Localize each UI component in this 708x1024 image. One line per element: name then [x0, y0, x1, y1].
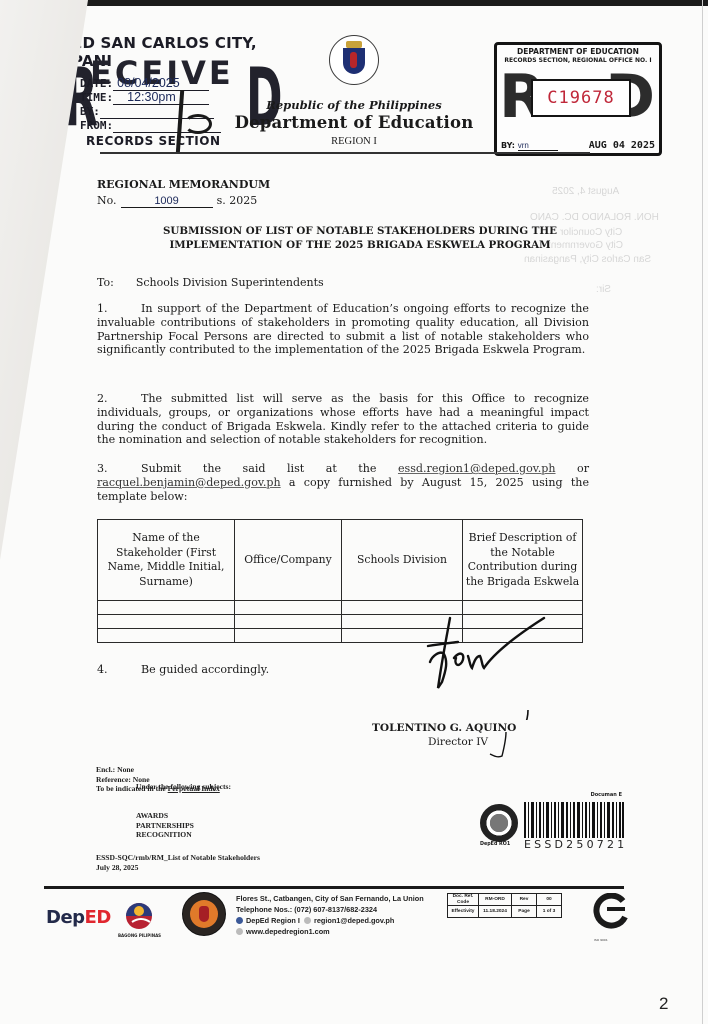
deped-logo-part: ED — [85, 907, 111, 928]
enclosure: Encl.: None — [96, 765, 220, 775]
table-cell: 00 — [537, 894, 562, 906]
table-cell — [235, 615, 342, 629]
col-stakeholder-name: Name of the Stakeholder (First Name, Mid… — [98, 520, 235, 601]
paragraph-number: 4. — [97, 663, 141, 676]
table-cell: Page — [512, 906, 537, 918]
reference-code: ESSD-SQC/rmb/RM_List of Notable Stakehol… — [96, 853, 260, 863]
paragraph-text: In support of the Department of Educatio… — [97, 302, 589, 356]
paragraph-text: Submit the said list at the — [141, 462, 376, 475]
table-row: Effectivity 11.18.2024 Page 1 of 3 — [448, 906, 562, 918]
reference-date: July 28, 2025 — [96, 863, 260, 873]
iso-caption: ISO 9001 — [594, 938, 608, 942]
seal-crown — [346, 41, 362, 48]
table-cell: Effectivity — [448, 906, 479, 918]
barcode-code: ESSD250721 — [524, 838, 627, 851]
bleed-through-text: HON. ROLANDO DC. CANO — [530, 212, 659, 223]
iso-certification-icon — [593, 893, 629, 929]
seal-inner — [190, 900, 218, 928]
records-section-stamp: DEPARTMENT OF EDUCATION RECORDS SECTION,… — [494, 42, 662, 156]
subject-item: AWARDS — [136, 811, 194, 821]
memo-series: s. 2025 — [217, 194, 258, 207]
footer-website[interactable]: www.depedregion1.com — [246, 927, 330, 936]
bagong-pilipinas-label: BAGONG PILIPINAS — [118, 933, 161, 938]
subjects-list: AWARDS PARTNERSHIPS RECOGNITION — [136, 811, 194, 840]
address: Flores St., Catbangen, City of San Ferna… — [236, 893, 424, 904]
paragraph-1: 1.In support of the Department of Educat… — [97, 302, 589, 357]
header-divider — [100, 152, 590, 154]
contact-line: DepEd Region I region1@deped.gov.ph — [236, 915, 424, 926]
to-value: Schools Division Superintendents — [136, 276, 324, 289]
by-label: BY: — [80, 105, 100, 118]
header-republic: Republic of the Philippines — [200, 98, 508, 112]
table-header-row: Name of the Stakeholder (First Name, Mid… — [98, 520, 583, 601]
footer-address: Flores St., Catbangen, City of San Ferna… — [236, 893, 424, 937]
subject-line-2: IMPLEMENTATION OF THE 2025 BRIGADA ESKWE… — [100, 238, 620, 252]
col-contribution: Brief Description of the Notable Contrib… — [463, 520, 583, 601]
deped-logo-part: Dep — [46, 907, 85, 928]
paragraph-number: 2. — [97, 392, 141, 406]
stamp-by: BY: vrn — [501, 141, 558, 151]
paragraph-3: 3.Submit the said list at the essd.regio… — [97, 462, 589, 503]
paragraph-4: 4.Be guided accordingly. — [97, 663, 269, 676]
received-stamp: ED SAN CARLOS CITY, PANI R ECEIVE D DATE… — [70, 28, 282, 153]
table-cell: Doc. Ref. Code — [448, 894, 479, 906]
memo-subject: SUBMISSION OF LIST OF NOTABLE STAKEHOLDE… — [100, 224, 620, 252]
memo-type: REGIONAL MEMORANDUM — [97, 178, 270, 191]
telephone: Telephone Nos.: (072) 607-8137/682-2324 — [236, 904, 424, 915]
subject-line-1: SUBMISSION OF LIST OF NOTABLE STAKEHOLDE… — [100, 224, 620, 238]
date-label: DATE: — [80, 77, 113, 90]
seal-shield — [343, 48, 365, 74]
email-link-benjamin[interactable]: racquel.benjamin@deped.gov.ph — [97, 476, 281, 489]
handwritten-page-number: 2 — [659, 994, 668, 1014]
memorandum-page: August 4, 2025 HON. ROLANDO DC. CANO Cit… — [0, 0, 708, 1024]
bagong-pilipinas-logo-icon — [122, 900, 156, 930]
document-control-table: Doc. Ref. Code RM-ORD Rev 00 Effectivity… — [447, 893, 562, 918]
paragraph-text: The submitted list will serve as the bas… — [97, 392, 589, 446]
by-value: vrn — [518, 141, 558, 151]
seal-label: DepEd RO1 — [480, 842, 510, 847]
to-label: To: — [97, 276, 114, 289]
stamp-dept: DEPARTMENT OF EDUCATION — [497, 47, 659, 56]
deped-logo: DepED — [46, 907, 111, 928]
control-number: C19678 — [531, 79, 631, 117]
facebook-page[interactable]: DepEd Region I — [246, 916, 300, 925]
table-row: Doc. Ref. Code RM-ORD Rev 00 — [448, 894, 562, 906]
table-cell: 11.18.2024 — [479, 906, 512, 918]
email-icon — [304, 917, 311, 924]
signature-icon — [420, 610, 550, 720]
deped-ro1-seal-icon — [480, 804, 518, 842]
barcode-label: Documan E — [591, 792, 622, 798]
paragraph-2: 2.The submitted list will serve as the b… — [97, 392, 589, 447]
bleed-through-text: Sir: — [596, 284, 611, 295]
memo-no-label: No. — [97, 194, 117, 207]
time-label: TIME: — [80, 91, 113, 104]
stamp-time-row: TIME:12:30pm — [80, 90, 209, 105]
time-value: 12:30pm — [113, 90, 209, 105]
facebook-icon — [236, 917, 243, 924]
globe-icon — [236, 928, 243, 935]
paragraph-text: Be guided accordingly. — [141, 663, 269, 676]
memo-number: 1009 — [121, 195, 213, 208]
document-barcode: Documan E DepEd RO1 ESSD250721 — [478, 792, 628, 852]
header-region: REGION I — [200, 136, 508, 147]
email-link-essd[interactable]: essd.region1@deped.gov.ph — [398, 462, 556, 475]
date-value: 08/04/2025 — [113, 76, 209, 91]
barcode-icon — [524, 802, 624, 838]
stamp-date: AUG 04 2025 — [589, 140, 655, 151]
table-cell — [235, 601, 342, 615]
memo-recipient: To:Schools Division Superintendents — [97, 276, 324, 289]
table-cell — [98, 629, 235, 643]
memo-number-line: No.1009s. 2025 — [97, 194, 257, 208]
footer-email[interactable]: region1@deped.gov.ph — [314, 916, 394, 925]
paragraph-text: or — [577, 462, 589, 475]
bleed-through-text: August 4, 2025 — [552, 186, 619, 197]
deped-seal-icon — [329, 35, 379, 85]
by-label: BY: — [501, 141, 515, 150]
col-schools-division: Schools Division — [342, 520, 463, 601]
region-seal-icon — [182, 892, 226, 936]
signatory-title: Director IV — [428, 736, 488, 748]
paragraph-number: 3. — [97, 462, 141, 476]
stamp-date-row: DATE:08/04/2025 — [80, 76, 209, 91]
paragraph-number: 1. — [97, 302, 141, 316]
from-label: FROM: — [80, 119, 113, 132]
table-cell — [98, 615, 235, 629]
table-cell: Rev — [512, 894, 537, 906]
signature-tail-icon — [488, 730, 512, 762]
website-line: www.depedregion1.com — [236, 926, 424, 937]
page-edge — [702, 0, 703, 1024]
header-department: Department of Education — [200, 113, 508, 132]
reference-code-block: ESSD-SQC/rmb/RM_List of Notable Stakehol… — [96, 853, 260, 872]
table-cell — [98, 601, 235, 615]
table-cell: RM-ORD — [479, 894, 512, 906]
col-office-company: Office/Company — [235, 520, 342, 601]
subjects-label: Under the following subjects: — [136, 782, 231, 792]
bleed-through-text: San Carlos City, Pangasinan — [524, 254, 651, 265]
subject-item: PARTNERSHIPS — [136, 821, 194, 831]
footer-divider — [44, 886, 624, 889]
table-cell: 1 of 3 — [537, 906, 562, 918]
scan-top-edge — [80, 0, 708, 6]
subject-item: RECOGNITION — [136, 830, 194, 840]
table-cell — [235, 629, 342, 643]
